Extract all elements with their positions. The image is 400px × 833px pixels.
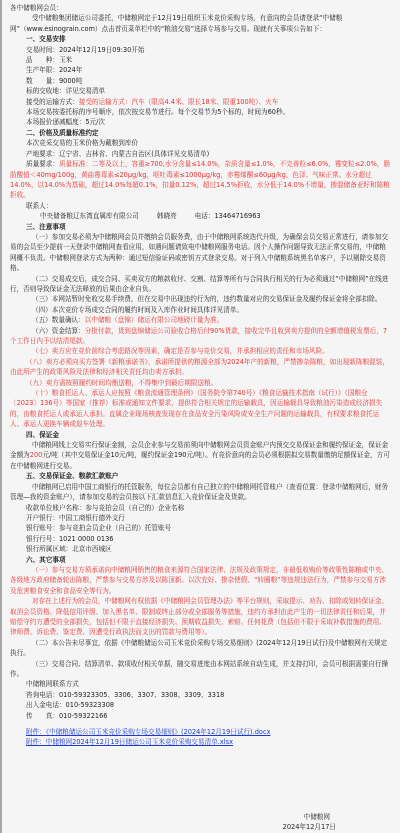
notice-item-7: （七）卖方应在竞价前综合考虑路况等因素，确定是否参与竞价交易，并承担相应的责任和… bbox=[10, 346, 392, 356]
account-number: 银行账号：参与竞拍会员企业（自己的）托管账号 bbox=[10, 523, 392, 533]
price-step: 本场报价递减幅度：5元/次 bbox=[10, 117, 392, 127]
deposit-amount: 200 bbox=[30, 451, 43, 459]
fax: 传 真：010-59322166 bbox=[10, 711, 392, 721]
trade-time: 交易时间：2024年12月19日09:30开始 bbox=[10, 45, 392, 55]
section-5-title: 五、交易保证金、粮款汇款账户 bbox=[10, 471, 392, 481]
signature-date: 2024年12月17日 bbox=[2, 822, 400, 832]
production-year: 生产年限：2024年 bbox=[10, 65, 392, 75]
other-item-1: （一）参与交易方须承诺向中储粮网销售的粮食来源符合国家法律、法规及政策规定，非最… bbox=[10, 565, 392, 596]
contact-title: 中储粮网联系方式 bbox=[10, 679, 392, 689]
price-basis: 本次竞采交易的玉米价格为戴粮到库价 bbox=[10, 138, 392, 148]
trade-order: 本场交易按委托标的序号顺序，依次按交易节进行。每个交易节为5个标的，时间为60秒… bbox=[10, 107, 392, 117]
contact-label: 联系人： bbox=[10, 201, 392, 211]
other-item-2: （二）本公告未尽事宜，依据《中储粮储运公司玉米竞价采购专场交易细则》(2024年… bbox=[10, 638, 392, 659]
notice-item-5: （五）数量确认：以中储粮（盘锦）储运有限公司地磅计量为准。 bbox=[10, 315, 392, 325]
quantity: 数 量：9000吨 bbox=[10, 76, 392, 86]
greeting: 各中储粮网会员： bbox=[10, 3, 392, 13]
quality-requirement: 质量要求：质量标准：二等及以上，容重≥700,水分含量≤14.0%，杂质含量≤1… bbox=[10, 159, 392, 201]
bank-area: 银行所属区域：北京市西城区 bbox=[10, 544, 392, 554]
delivery-place: 标的交收地：详见交易清单 bbox=[10, 86, 392, 96]
deposit-paragraph: 中储粮网线上交易实行保证金制，会员企业参与交易前须向中储粮网会员资金账户内预交交… bbox=[10, 440, 392, 471]
intro-paragraph: 受中储粮集团储运公司委托，中储粮网定于12月19日组织玉米竞价采购专场，有意向的… bbox=[10, 13, 392, 34]
notice-item-6: （六）资金结算：分批付款，货到盘锦储运公司验收合格后付90%货款，接收完毕且收到… bbox=[10, 326, 392, 347]
variety: 品 种：玉米 bbox=[10, 55, 392, 65]
notice-item-3: （三）本网站暂时免收交易手续费，但在交易中出现违约行为的，违约数量对应的交易保证… bbox=[10, 294, 392, 304]
notice-item-9: （九）卖方需按照履约时间均衡送粮，不得集中到最后期限送粮。 bbox=[10, 378, 392, 388]
contact-info: 中央储备粮辽东湾直属库有限公司韩晓亮电话：13464716963 bbox=[10, 211, 392, 221]
section-6-title: 六、其它事项 bbox=[10, 555, 392, 565]
notice-item-8: （八）卖方必须向买方签署《新粮承诺书》，承诺所提供的粮源全部为2024年产的新粮… bbox=[10, 357, 392, 378]
funds-phone: 出入金电话：010-59323308 bbox=[10, 700, 392, 710]
notice-item-1: （一）参加交易必须为中储粮网会员并缴纳会员服务费，由于中储粮网系统迭代升级，为确… bbox=[10, 232, 392, 274]
announcement-page: 各中储粮网会员： 受中储粮集团储运公司委托，中储粮网定于12月19日组织玉米竞价… bbox=[0, 0, 398, 833]
section-1-title: 一、交易安排 bbox=[10, 34, 392, 44]
other-item-3: （三）交易合同、结算清单、款项收付相关单据，随交易进度由本网站系统自动生成，并支… bbox=[10, 659, 392, 680]
attachment-link-list[interactable]: 附件：中储粮网2024年12月19日储运公司玉米竞价采购交易清单.xlsx bbox=[26, 738, 233, 746]
signature-org: 中储粮网 bbox=[2, 812, 400, 822]
account-name: 收款单位账户名称：参与竞拍会员（自己的）企业名称 bbox=[10, 503, 392, 513]
other-item-1b: 对存在上述行为的会员，中储粮网有权依据《中储粮网会员管理办法》等平台规则，采取提… bbox=[10, 596, 392, 638]
section-3-title: 三、注意事项 bbox=[10, 222, 392, 232]
transport-mode: 接受的运输方式：接受的运输方式：汽车（限高4.4米、限长18米、限重100吨）、… bbox=[10, 97, 392, 107]
notice-item-2: （二）交易成交后，成交合同、买卖双方的粮款收付、交割、结算等所有与合同执行相关的… bbox=[10, 274, 392, 295]
escrow-paragraph: 中储粮网已启用中国工商银行的托管服务，每位会员都有自己独立的中储粮网托管账户（查… bbox=[10, 482, 392, 503]
consult-phone: 咨询电话：010-59323305、3306、3307、3308、3309、33… bbox=[10, 690, 392, 700]
attachment-link-rules[interactable]: 附件：《中储粮储运公司玉米竞价采购专场交易细则》(2024年12月19日试行).… bbox=[26, 728, 270, 736]
notice-item-10: （十）粮食托运人、承运人应按照《粮食流通管理条例》（国务院令第740号）《粮食运… bbox=[10, 388, 392, 430]
bank-name: 开户银行：中国工商银行德外支行 bbox=[10, 513, 392, 523]
origin-requirement: 产地要求：辽宁省、吉林省、内蒙古自治区(具体详见交易清单) bbox=[10, 149, 392, 159]
bank-code: 银行行号：1021 0000 0136 bbox=[10, 534, 392, 544]
notice-item-4: （四）本次竞价专场成交合同的履约时间及入库作业时间具体详见清单。 bbox=[10, 305, 392, 315]
section-4-title: 四、保证金 bbox=[10, 430, 392, 440]
section-2-title: 二、价格及质量标准约定 bbox=[10, 128, 392, 138]
signature: 中储粮网 2024年12月17日 bbox=[2, 812, 400, 833]
